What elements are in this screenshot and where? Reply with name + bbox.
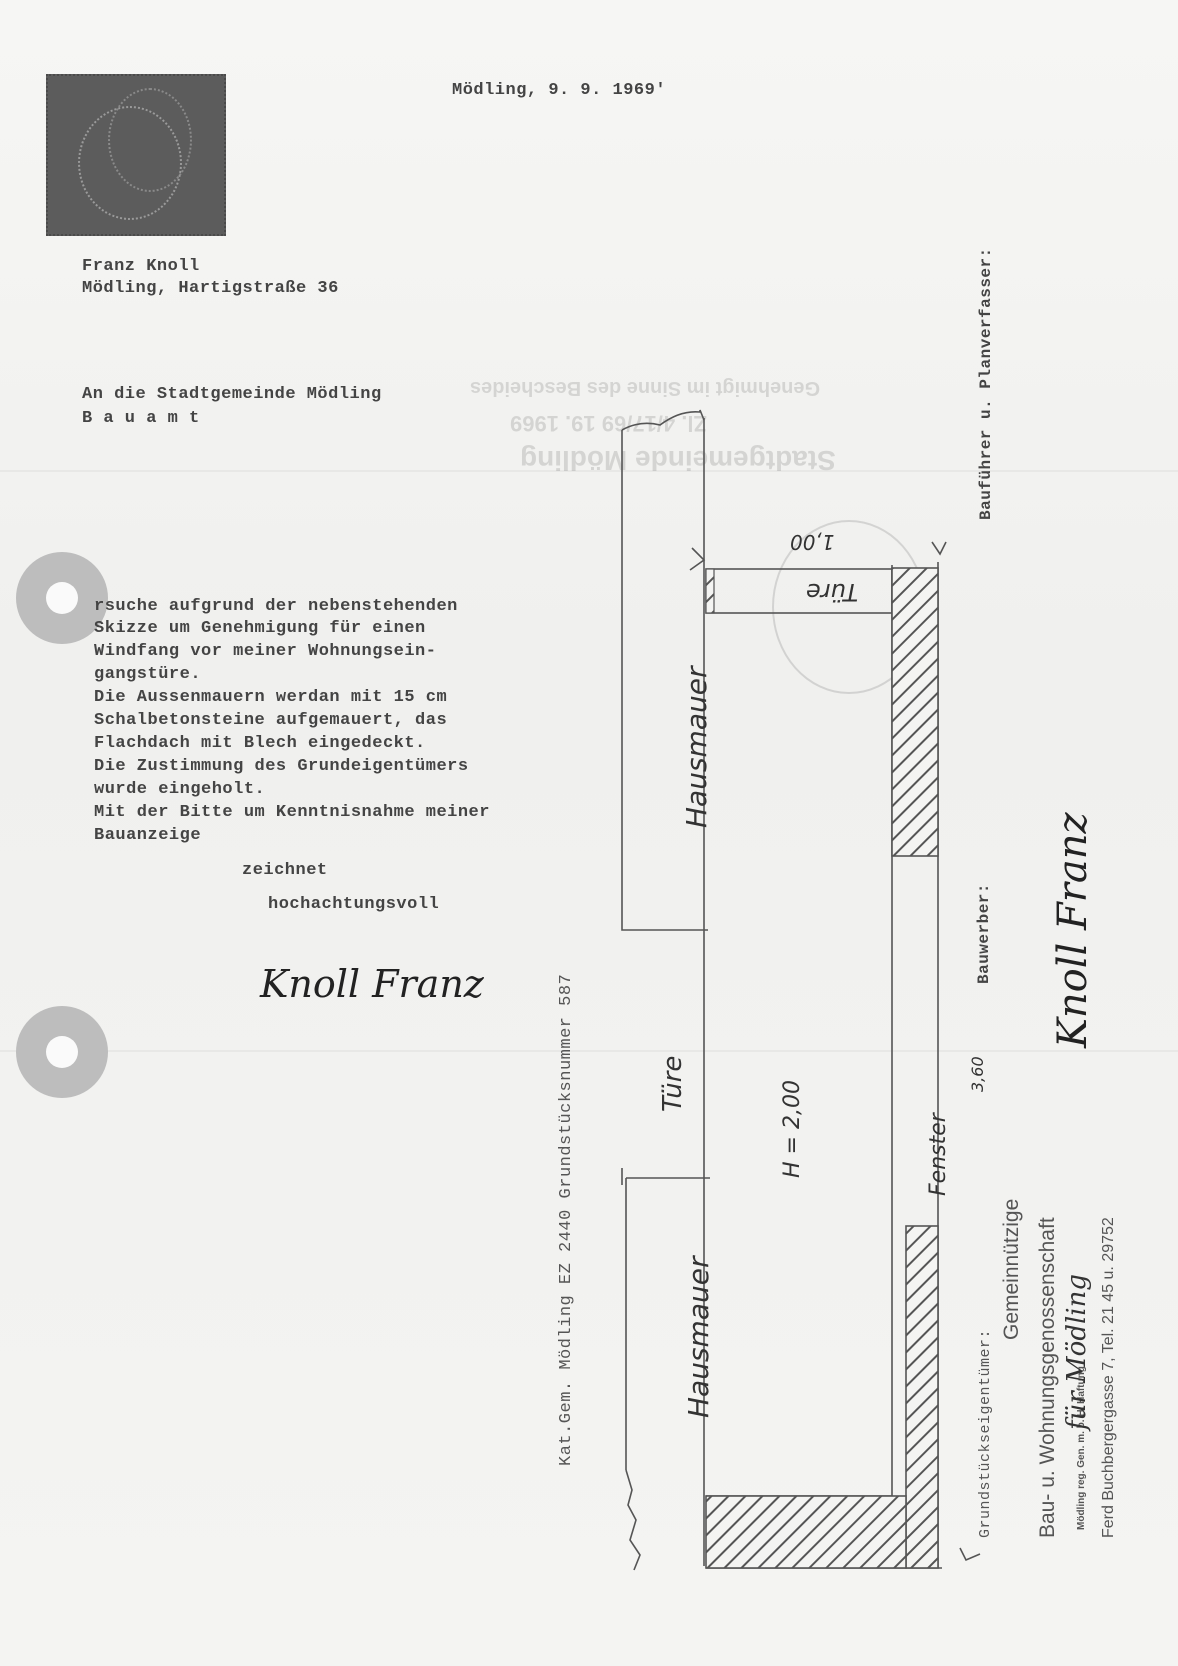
document-page: Mödling, 9. 9. 1969' Franz Knoll Mödling… xyxy=(0,0,1178,1666)
floor-plan-sketch xyxy=(0,0,1178,1666)
label-hausmauer-bottom: Hausmauer xyxy=(682,1257,715,1418)
owner-stamp-line-4: Ferd Buchbergergasse 7, Tel. 21 45 u. 29… xyxy=(1100,1217,1118,1538)
owner-stamp-line-2: Bau- u. Wohnungsgenossenschaft xyxy=(1036,1217,1060,1538)
label-length: 3,60 xyxy=(968,1056,987,1092)
applicant-label: Bauwerber: xyxy=(976,883,992,984)
label-fenster: Fenster xyxy=(926,1113,951,1196)
owner-signature: für Mödling xyxy=(1062,1274,1092,1430)
cadastral-note: Kat.Gem. Mödling EZ 2440 Grundstücksnumm… xyxy=(558,974,575,1466)
planner-label: Bauführer u. Planverfasser: xyxy=(978,247,994,520)
owner-stamp-line-1: Gemeinnützige xyxy=(1000,1199,1024,1340)
label-height: H = 2,00 xyxy=(780,1080,805,1178)
label-tuere-top: Türe xyxy=(806,578,858,606)
label-tuere-middle: Türe xyxy=(658,1056,688,1112)
owner-label: Grundstückseigentümer: xyxy=(978,1329,993,1538)
label-hausmauer-top: Hausmauer xyxy=(680,667,713,828)
label-width-top: 1,00 xyxy=(790,530,835,554)
applicant-signature: Knoll Franz xyxy=(1050,812,1096,1048)
